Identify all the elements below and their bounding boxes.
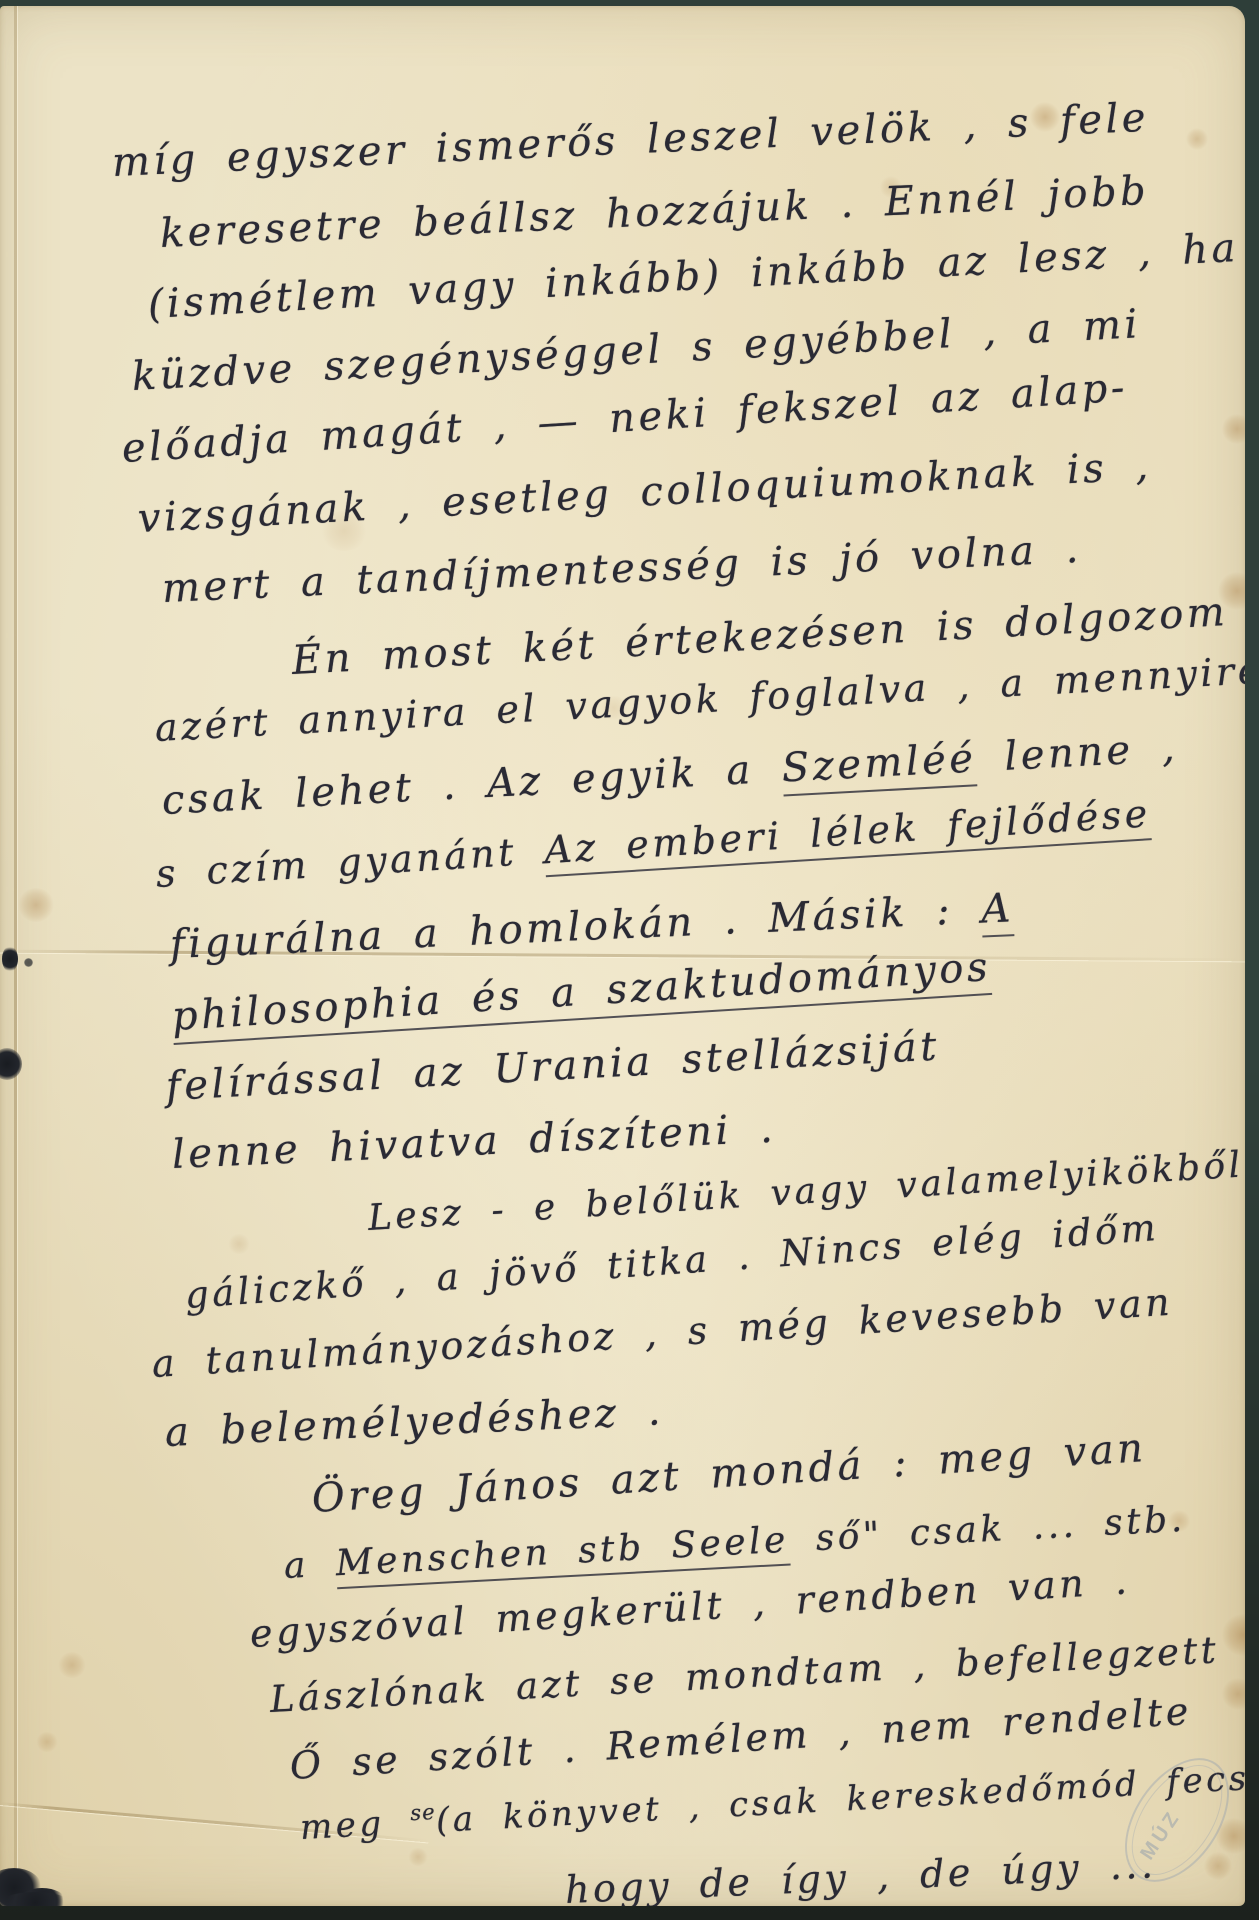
handwritten-line: míg egyszer ismerős leszel velök , s fel… (111, 95, 1150, 186)
text-segment: csak lehet . Az egyik a (161, 746, 783, 824)
handwritten-line: a belemélyedéshez . (164, 1388, 665, 1456)
underlined-phrase: A (980, 885, 1015, 937)
text-segment: s czím gyanánt (155, 828, 546, 896)
ink-blot (0, 1048, 22, 1080)
text-segment: míg egyszer ismerős leszel velök , s fel… (111, 95, 1150, 186)
foxing-spot (1204, 1852, 1232, 1880)
text-segment: a belemélyedéshez . (164, 1388, 665, 1456)
letter-paper-sheet: míg egyszer ismerős leszel velök , s fel… (0, 6, 1245, 1906)
text-segment: a (283, 1543, 337, 1587)
underlined-phrase: Az emberi lélek fejlődése (543, 791, 1152, 877)
inserted-word: se (410, 1799, 437, 1825)
text-segment: ső" csak ... stb. (788, 1499, 1187, 1561)
foxing-spot (1222, 1678, 1245, 1710)
text-segment: hogy de így , de úgy ... (564, 1842, 1157, 1906)
foxing-spot (1186, 128, 1208, 150)
foxing-spot (228, 1234, 250, 1254)
handwritten-line: hogy de így , de úgy ... (564, 1842, 1157, 1906)
ink-blot (24, 958, 33, 967)
text-segment: lenne , (975, 725, 1179, 781)
foxing-spot (36, 1732, 58, 1752)
foxing-spot (58, 1652, 86, 1678)
foxing-spot (408, 1848, 428, 1866)
handwritten-line: lenne hivatva díszíteni . (171, 1106, 777, 1178)
foxing-spot (18, 888, 54, 922)
scanner-background: míg egyszer ismerős leszel velök , s fel… (0, 0, 1259, 1920)
handwritten-line: mert a tandíjmentesség is jó volna . (161, 526, 1083, 612)
foxing-spot (1222, 414, 1245, 444)
text-segment: lenne hivatva díszíteni . (171, 1106, 777, 1178)
underlined-phrase: Menschen stb Seele (335, 1520, 790, 1590)
underlined-phrase: Szemléé (781, 735, 978, 796)
text-segment: mert a tandíjmentesség is jó volna . (161, 526, 1083, 612)
text-segment: meg (299, 1802, 412, 1848)
ink-blot (2, 946, 18, 972)
